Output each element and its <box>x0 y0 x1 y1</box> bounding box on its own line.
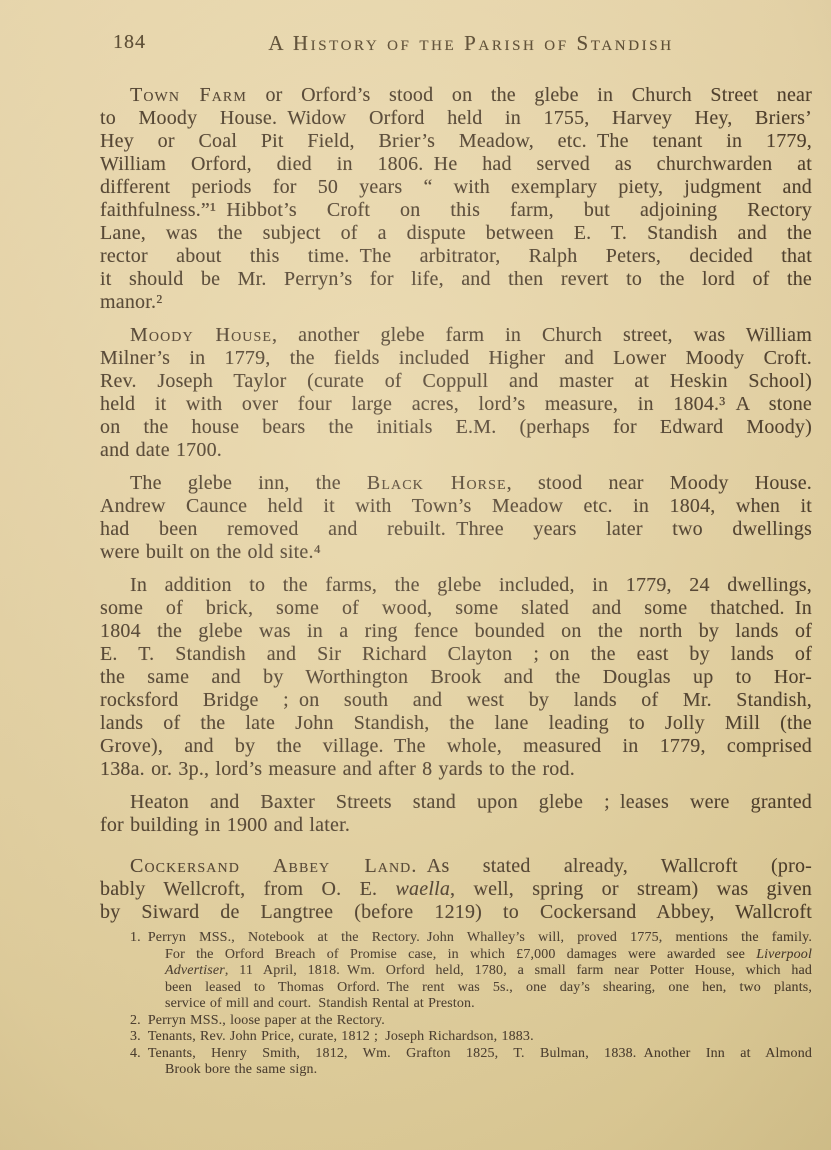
line-text: Heaton and Baxter Streets stand upon gle… <box>130 791 812 813</box>
line-text: rector about this time. The arbitrator, … <box>100 245 812 267</box>
footnotes: 1.Perryn MSS., Notebook at the Rectory. … <box>100 930 812 1079</box>
line-text: Andrew Caunce held it with Town’s Meadow… <box>100 495 812 517</box>
footnote: 3.Tenants, Rev. John Price, curate, 1812… <box>100 1029 812 1046</box>
line-text: Tenants, Henry Smith, 1812, Wm. Grafton … <box>148 1046 812 1061</box>
line-text: for building in 1900 and later. <box>100 814 350 836</box>
text-line: had been removed and rebuilt. Three year… <box>100 518 812 541</box>
line-text: service of mill and court. Standish Rent… <box>165 996 475 1011</box>
text-line: For the Orford Breach of Promise case, i… <box>165 947 812 964</box>
line-text: Grove), and by the village. The whole, m… <box>100 735 812 757</box>
text-line: Andrew Caunce held it with Town’s Meadow… <box>100 495 812 518</box>
line-text: faithfulness.”¹ Hibbot’s Croft on this f… <box>100 199 812 221</box>
text-line: E. T. Standish and Sir Richard Clayton ;… <box>100 643 812 666</box>
line-text: 1804 the glebe was in a ring fence bound… <box>100 620 812 642</box>
book-page: 184 A History of the Parish of Standish … <box>0 0 831 1150</box>
text-line: Brook bore the same sign. <box>165 1062 812 1079</box>
text-line: the same and by Worthington Brook and th… <box>100 666 812 689</box>
italic-text: Liverpool <box>756 947 812 962</box>
small-caps-text: Town Farm <box>130 84 247 106</box>
footnote-number: 3. <box>130 1029 141 1044</box>
line-text: or Orford’s stood on the glebe in Church… <box>247 84 812 106</box>
text-line: been leased to Thomas Orford. The rent w… <box>165 980 812 997</box>
text-line: Rev. Joseph Taylor (curate of Coppull an… <box>100 370 812 393</box>
small-caps-text: Cockersand Abbey Land <box>130 855 411 877</box>
line-text: Hey or Coal Pit Field, Brier’s Meadow, e… <box>100 130 812 152</box>
text-line: rocksford Bridge ; on south and west by … <box>100 689 812 712</box>
line-text: E. T. Standish and Sir Richard Clayton ;… <box>100 643 812 665</box>
line-text: manor.² <box>100 291 162 313</box>
line-text: Milner’s in 1779, the fields included Hi… <box>100 347 812 369</box>
text-line: it should be Mr. Perryn’s for life, and … <box>100 268 812 291</box>
line-text: , stood near Moody House. <box>507 472 812 494</box>
footnote-number: 4. <box>130 1046 141 1061</box>
line-text: held it with over four large acres, lord… <box>100 393 812 415</box>
line-text: Rev. Joseph Taylor (curate of Coppull an… <box>100 370 812 392</box>
line-text: The glebe inn, the <box>130 472 367 494</box>
line-text: Tenants, Rev. John Price, curate, 1812 ;… <box>148 1029 534 1044</box>
text-line: lands of the late John Standish, the lan… <box>100 712 812 735</box>
line-text: 138a. or. 3p., lord’s measure and after … <box>100 758 575 780</box>
text-line: Cockersand Abbey Land. As stated already… <box>100 855 812 878</box>
footnote-number: 1. <box>130 930 141 945</box>
line-text: Brook bore the same sign. <box>165 1062 317 1077</box>
text-line: 138a. or. 3p., lord’s measure and after … <box>100 758 812 781</box>
line-text: the same and by Worthington Brook and th… <box>100 666 812 688</box>
paragraph: Town Farm or Orford’s stood on the glebe… <box>100 84 812 314</box>
page-header: 184 A History of the Parish of Standish <box>100 31 812 57</box>
line-text: different periods for 50 years “ with ex… <box>100 176 812 198</box>
line-text: . As stated already, Wallcroft (pro- <box>411 855 812 877</box>
line-text: , well, spring or stream) was given <box>450 878 812 900</box>
text-line: 4.Tenants, Henry Smith, 1812, Wm. Grafto… <box>130 1046 812 1063</box>
line-text: and date 1700. <box>100 439 222 461</box>
text-line: The glebe inn, the Black Horse, stood ne… <box>100 472 812 495</box>
text-line: held it with over four large acres, lord… <box>100 393 812 416</box>
page-number: 184 <box>113 31 146 54</box>
paragraph: Cockersand Abbey Land. As stated already… <box>100 855 812 924</box>
text-line: bably Wellcroft, from O. E. waella, well… <box>100 878 812 901</box>
line-text: rocksford Bridge ; on south and west by … <box>100 689 812 711</box>
text-line: to Moody House. Widow Orford held in 175… <box>100 107 812 130</box>
text-line: 1.Perryn MSS., Notebook at the Rectory. … <box>130 930 812 947</box>
text-line: Milner’s in 1779, the fields included Hi… <box>100 347 812 370</box>
text-line: William Orford, died in 1806. He had ser… <box>100 153 812 176</box>
line-text: on the house bears the initials E.M. (pe… <box>100 416 812 438</box>
text-line: Hey or Coal Pit Field, Brier’s Meadow, e… <box>100 130 812 153</box>
italic-text: waella <box>396 878 451 900</box>
text-line: Moody House, another glebe farm in Churc… <box>100 324 812 347</box>
text-line: Lane, was the subject of a dispute betwe… <box>100 222 812 245</box>
text-line: Advertiser, 11 April, 1818. Wm. Orford h… <box>165 963 812 980</box>
line-text: to Moody House. Widow Orford held in 175… <box>100 107 812 129</box>
line-text: Perryn MSS., loose paper at the Rectory. <box>148 1013 385 1028</box>
text-line: were built on the old site.⁴ <box>100 541 812 564</box>
text-line: 3.Tenants, Rev. John Price, curate, 1812… <box>130 1029 812 1046</box>
line-text: , another glebe farm in Church street, w… <box>272 324 812 346</box>
line-text: William Orford, died in 1806. He had ser… <box>100 153 812 175</box>
text-line: different periods for 50 years “ with ex… <box>100 176 812 199</box>
text-line: rector about this time. The arbitrator, … <box>100 245 812 268</box>
small-caps-text: Moody House <box>130 324 272 346</box>
text-line: some of brick, some of wood, some slated… <box>100 597 812 620</box>
line-text: been leased to Thomas Orford. The rent w… <box>165 980 812 995</box>
footnote: 4.Tenants, Henry Smith, 1812, Wm. Grafto… <box>100 1046 812 1079</box>
paragraph: In addition to the farms, the glebe incl… <box>100 574 812 781</box>
paragraph: Heaton and Baxter Streets stand upon gle… <box>100 791 812 837</box>
line-text: For the Orford Breach of Promise case, i… <box>165 947 756 962</box>
line-text: , 11 April, 1818. Wm. Orford held, 1780,… <box>225 963 812 978</box>
line-text: it should be Mr. Perryn’s for life, and … <box>100 268 812 290</box>
line-text: had been removed and rebuilt. Three year… <box>100 518 812 540</box>
line-text: were built on the old site.⁴ <box>100 541 321 563</box>
italic-text: Advertiser <box>165 963 225 978</box>
line-text: In addition to the farms, the glebe incl… <box>130 574 812 596</box>
footnote: 1.Perryn MSS., Notebook at the Rectory. … <box>100 930 812 1013</box>
body-text: Town Farm or Orford’s stood on the glebe… <box>100 84 812 934</box>
text-line: In addition to the farms, the glebe incl… <box>100 574 812 597</box>
text-line: on the house bears the initials E.M. (pe… <box>100 416 812 439</box>
paragraph: Moody House, another glebe farm in Churc… <box>100 324 812 462</box>
running-header-title: A History of the Parish of Standish <box>160 31 782 56</box>
text-line: Grove), and by the village. The whole, m… <box>100 735 812 758</box>
line-text: by Siward de Langtree (before 1219) to C… <box>100 901 812 923</box>
text-line: 2.Perryn MSS., loose paper at the Rector… <box>130 1013 812 1030</box>
text-line: for building in 1900 and later. <box>100 814 812 837</box>
text-line: and date 1700. <box>100 439 812 462</box>
text-line: service of mill and court. Standish Rent… <box>165 996 812 1013</box>
text-line: by Siward de Langtree (before 1219) to C… <box>100 901 812 924</box>
line-text: Perryn MSS., Notebook at the Rectory. Jo… <box>148 930 812 945</box>
footnote-number: 2. <box>130 1013 141 1028</box>
line-text: bably Wellcroft, from O. E. <box>100 878 396 900</box>
line-text: Lane, was the subject of a dispute betwe… <box>100 222 812 244</box>
line-text: lands of the late John Standish, the lan… <box>100 712 812 734</box>
text-line: Town Farm or Orford’s stood on the glebe… <box>100 84 812 107</box>
paragraph: The glebe inn, the Black Horse, stood ne… <box>100 472 812 564</box>
text-line: 1804 the glebe was in a ring fence bound… <box>100 620 812 643</box>
footnote: 2.Perryn MSS., loose paper at the Rector… <box>100 1013 812 1030</box>
text-line: Heaton and Baxter Streets stand upon gle… <box>100 791 812 814</box>
line-text: some of brick, some of wood, some slated… <box>100 597 812 619</box>
small-caps-text: Black Horse <box>367 472 507 494</box>
text-line: faithfulness.”¹ Hibbot’s Croft on this f… <box>100 199 812 222</box>
text-line: manor.² <box>100 291 812 314</box>
